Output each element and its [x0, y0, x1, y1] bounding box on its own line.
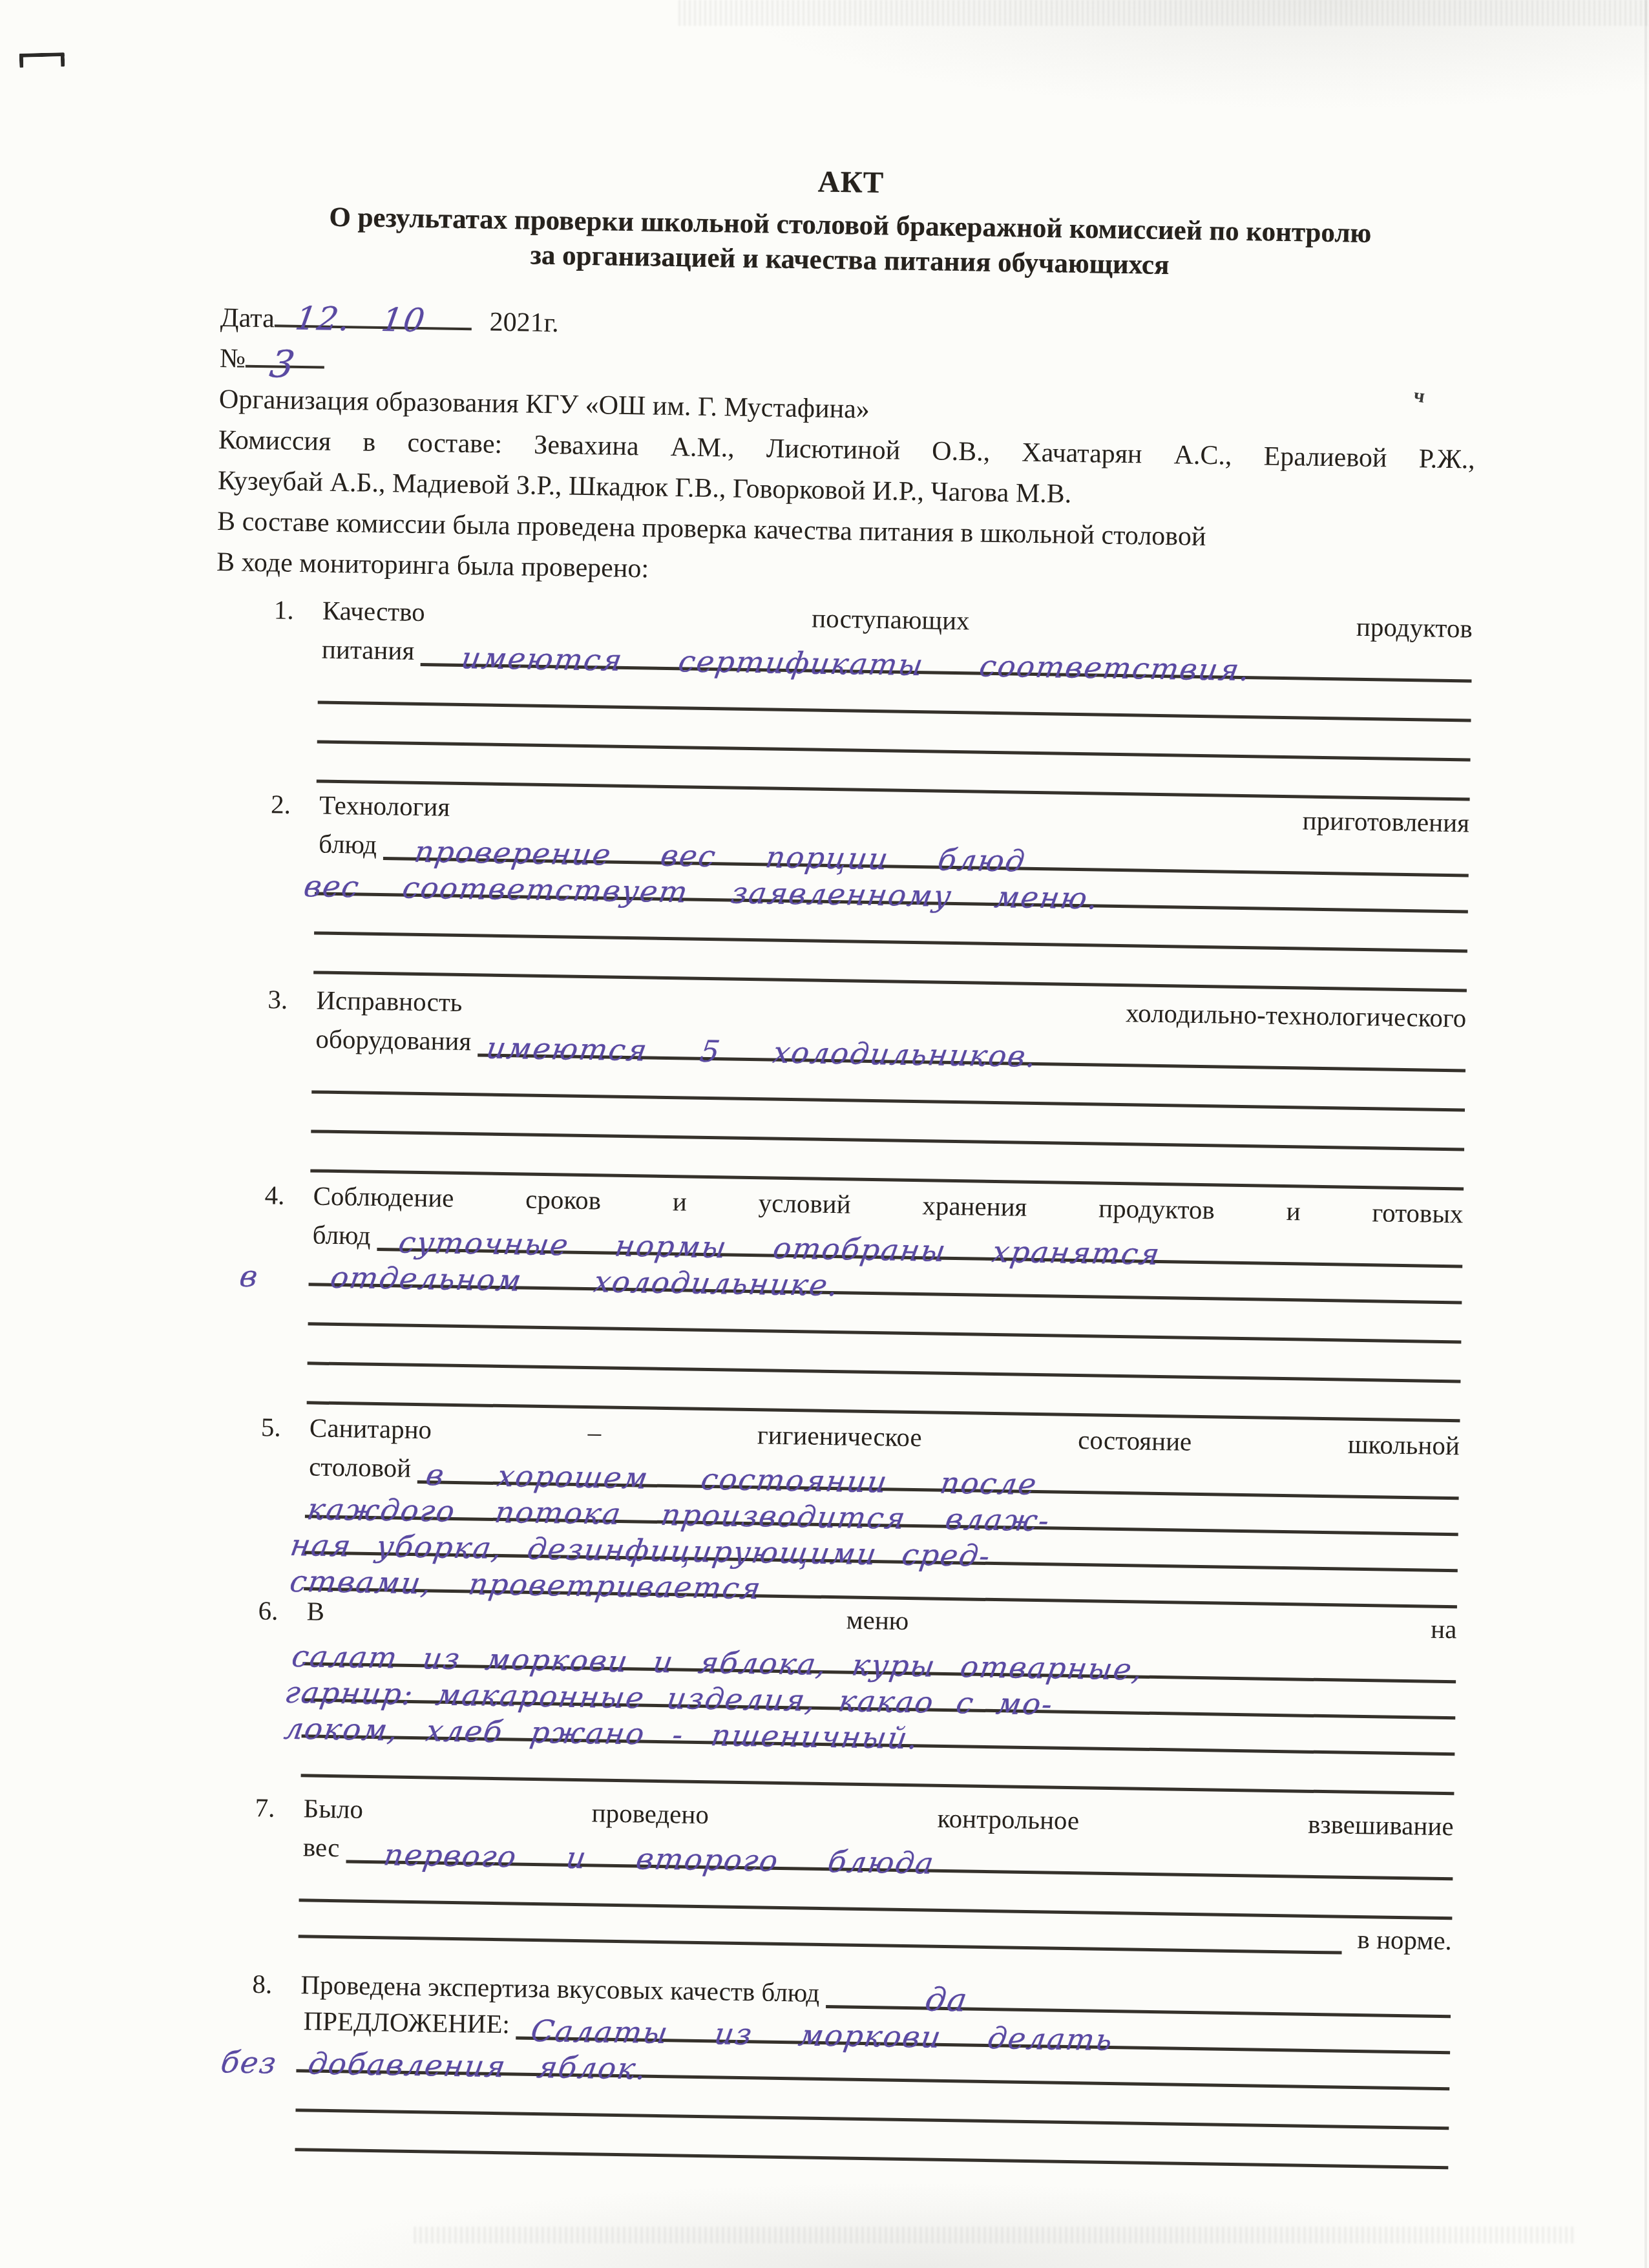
document-page: ч АКТ О результатах проверки школьной ст… [0, 0, 1649, 2268]
checklist-item-5: 5.Санитарно – гигиеническое состояние шк… [200, 1408, 1460, 1609]
item-number: 2. [271, 786, 320, 823]
item-number: 5. [261, 1409, 310, 1445]
date-handwritten-value: 12. 10 [292, 299, 428, 341]
item-label-continued: блюд [315, 828, 383, 860]
handwritten-entry: ствами, проветривается [288, 1564, 764, 1606]
number-handwritten-value: 3 [268, 344, 299, 384]
norm-note: в норме. [1341, 1924, 1452, 1957]
date-fill-line: 12. 10 [275, 324, 472, 330]
checklist-item-1: 1.Качество поступающих продуктов питания… [213, 591, 1473, 801]
checklist-item-6: 6.В меню на салат из моркови и яблока, к… [198, 1591, 1457, 1796]
item-label-continued: питания [319, 633, 421, 666]
handwritten-entry: без добавления яблок. [218, 2044, 650, 2086]
checklist-item-8: 8.Проведена экспертиза вкусовых качеств … [192, 1962, 1451, 2170]
item-label-continued: вес [300, 1831, 346, 1863]
scan-artifact-bracket [19, 52, 65, 68]
scan-edge-shadow [1644, 0, 1647, 2268]
item-number: 7. [255, 1789, 304, 1826]
number-label: № [220, 344, 246, 374]
checklist-item-7: 7.Было проведено контрольное взвешивание… [195, 1789, 1454, 1957]
checklist-item-3: 3.Исправность холодильно-технологическог… [207, 980, 1466, 1191]
checklist: 1.Качество поступающих продуктов питания… [192, 591, 1473, 2169]
scan-noise-bottom [414, 2227, 1577, 2243]
item-label-continued: оборудования [312, 1023, 478, 1056]
meta-block: Дата12. 102021г. №3 Организация образова… [216, 298, 1478, 602]
item-number: 3. [268, 981, 317, 1018]
scan-noise-top [678, 0, 1649, 26]
date-label: Дата [220, 303, 275, 333]
item-number: 4. [264, 1177, 313, 1213]
checklist-item-4: 4.Соблюдение сроков и условий хранения п… [204, 1176, 1464, 1423]
date-year: 2021г. [471, 307, 559, 338]
item-number: 1. [274, 591, 323, 628]
item-label-continued: блюд [309, 1219, 377, 1251]
item-number: 8. [252, 1968, 301, 2000]
document-content: АКТ О результатах проверки школьной стол… [192, 154, 1480, 2169]
checklist-item-2: 2.Технология приготовления блюд проверен… [210, 785, 1469, 992]
number-fill-line: 3 [246, 365, 324, 369]
